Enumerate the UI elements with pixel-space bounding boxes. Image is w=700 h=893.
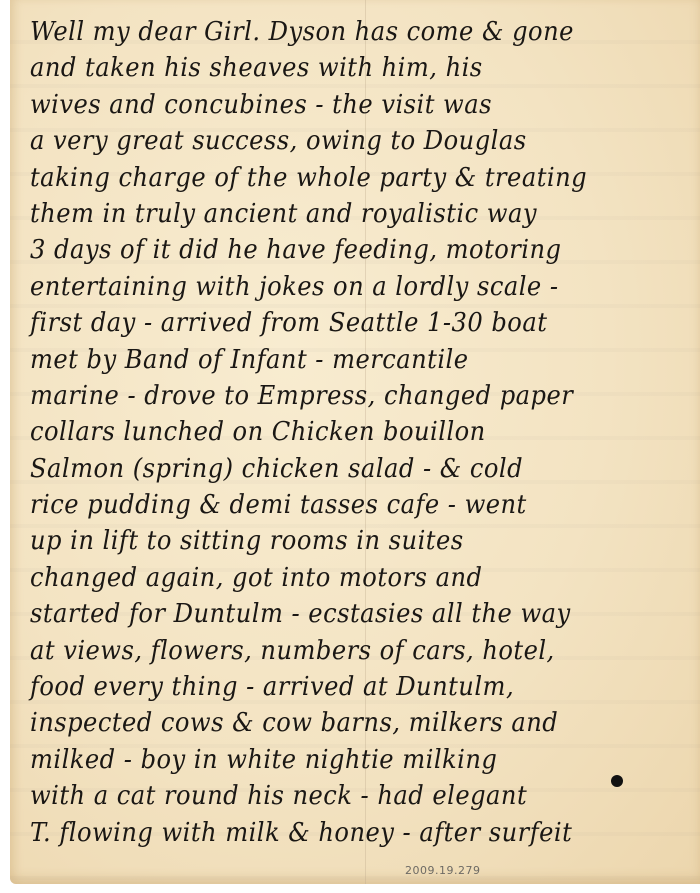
text-line: taking charge of the whole party & treat… xyxy=(30,160,653,196)
text-line: marine - drove to Empress, changed paper xyxy=(30,378,653,414)
text-line: 3 days of it did he have feeding, motori… xyxy=(30,232,653,268)
text-line: Well my dear Girl. Dyson has come & gone xyxy=(30,14,653,50)
text-line: wives and concubines - the visit was xyxy=(30,87,653,123)
text-line: them in truly ancient and royalistic way xyxy=(30,196,653,232)
letter-page: Well my dear Girl. Dyson has come & gone… xyxy=(10,0,700,884)
text-line: started for Duntulm - ecstasies all the … xyxy=(30,596,653,632)
text-line: rice pudding & demi tasses cafe - went xyxy=(30,487,653,523)
text-line: first day - arrived from Seattle 1-30 bo… xyxy=(30,305,653,341)
text-line: and taken his sheaves with him, his xyxy=(30,50,653,86)
text-line: met by Band of Infant - mercantile xyxy=(30,342,653,378)
text-line: with a cat round his neck - had elegant xyxy=(30,778,653,814)
text-line: at views, flowers, numbers of cars, hote… xyxy=(30,633,653,669)
catalog-number: 2009.19.279 xyxy=(405,864,480,877)
text-line: inspected cows & cow barns, milkers and xyxy=(30,705,653,741)
text-line: up in lift to sitting rooms in suites xyxy=(30,523,653,559)
text-line: entertaining with jokes on a lordly scal… xyxy=(30,269,653,305)
text-line: changed again, got into motors and xyxy=(30,560,653,596)
text-line: collars lunched on Chicken bouillon xyxy=(30,414,653,450)
handwritten-text: Well my dear Girl. Dyson has come & gone… xyxy=(30,14,700,851)
text-line: food every thing - arrived at Duntulm, xyxy=(30,669,653,705)
text-line: a very great success, owing to Douglas xyxy=(30,123,653,159)
text-line: T. flowing with milk & honey - after sur… xyxy=(30,815,653,851)
text-line: Salmon (spring) chicken salad - & cold xyxy=(30,451,653,487)
text-line: milked - boy in white nightie milking xyxy=(30,742,653,778)
